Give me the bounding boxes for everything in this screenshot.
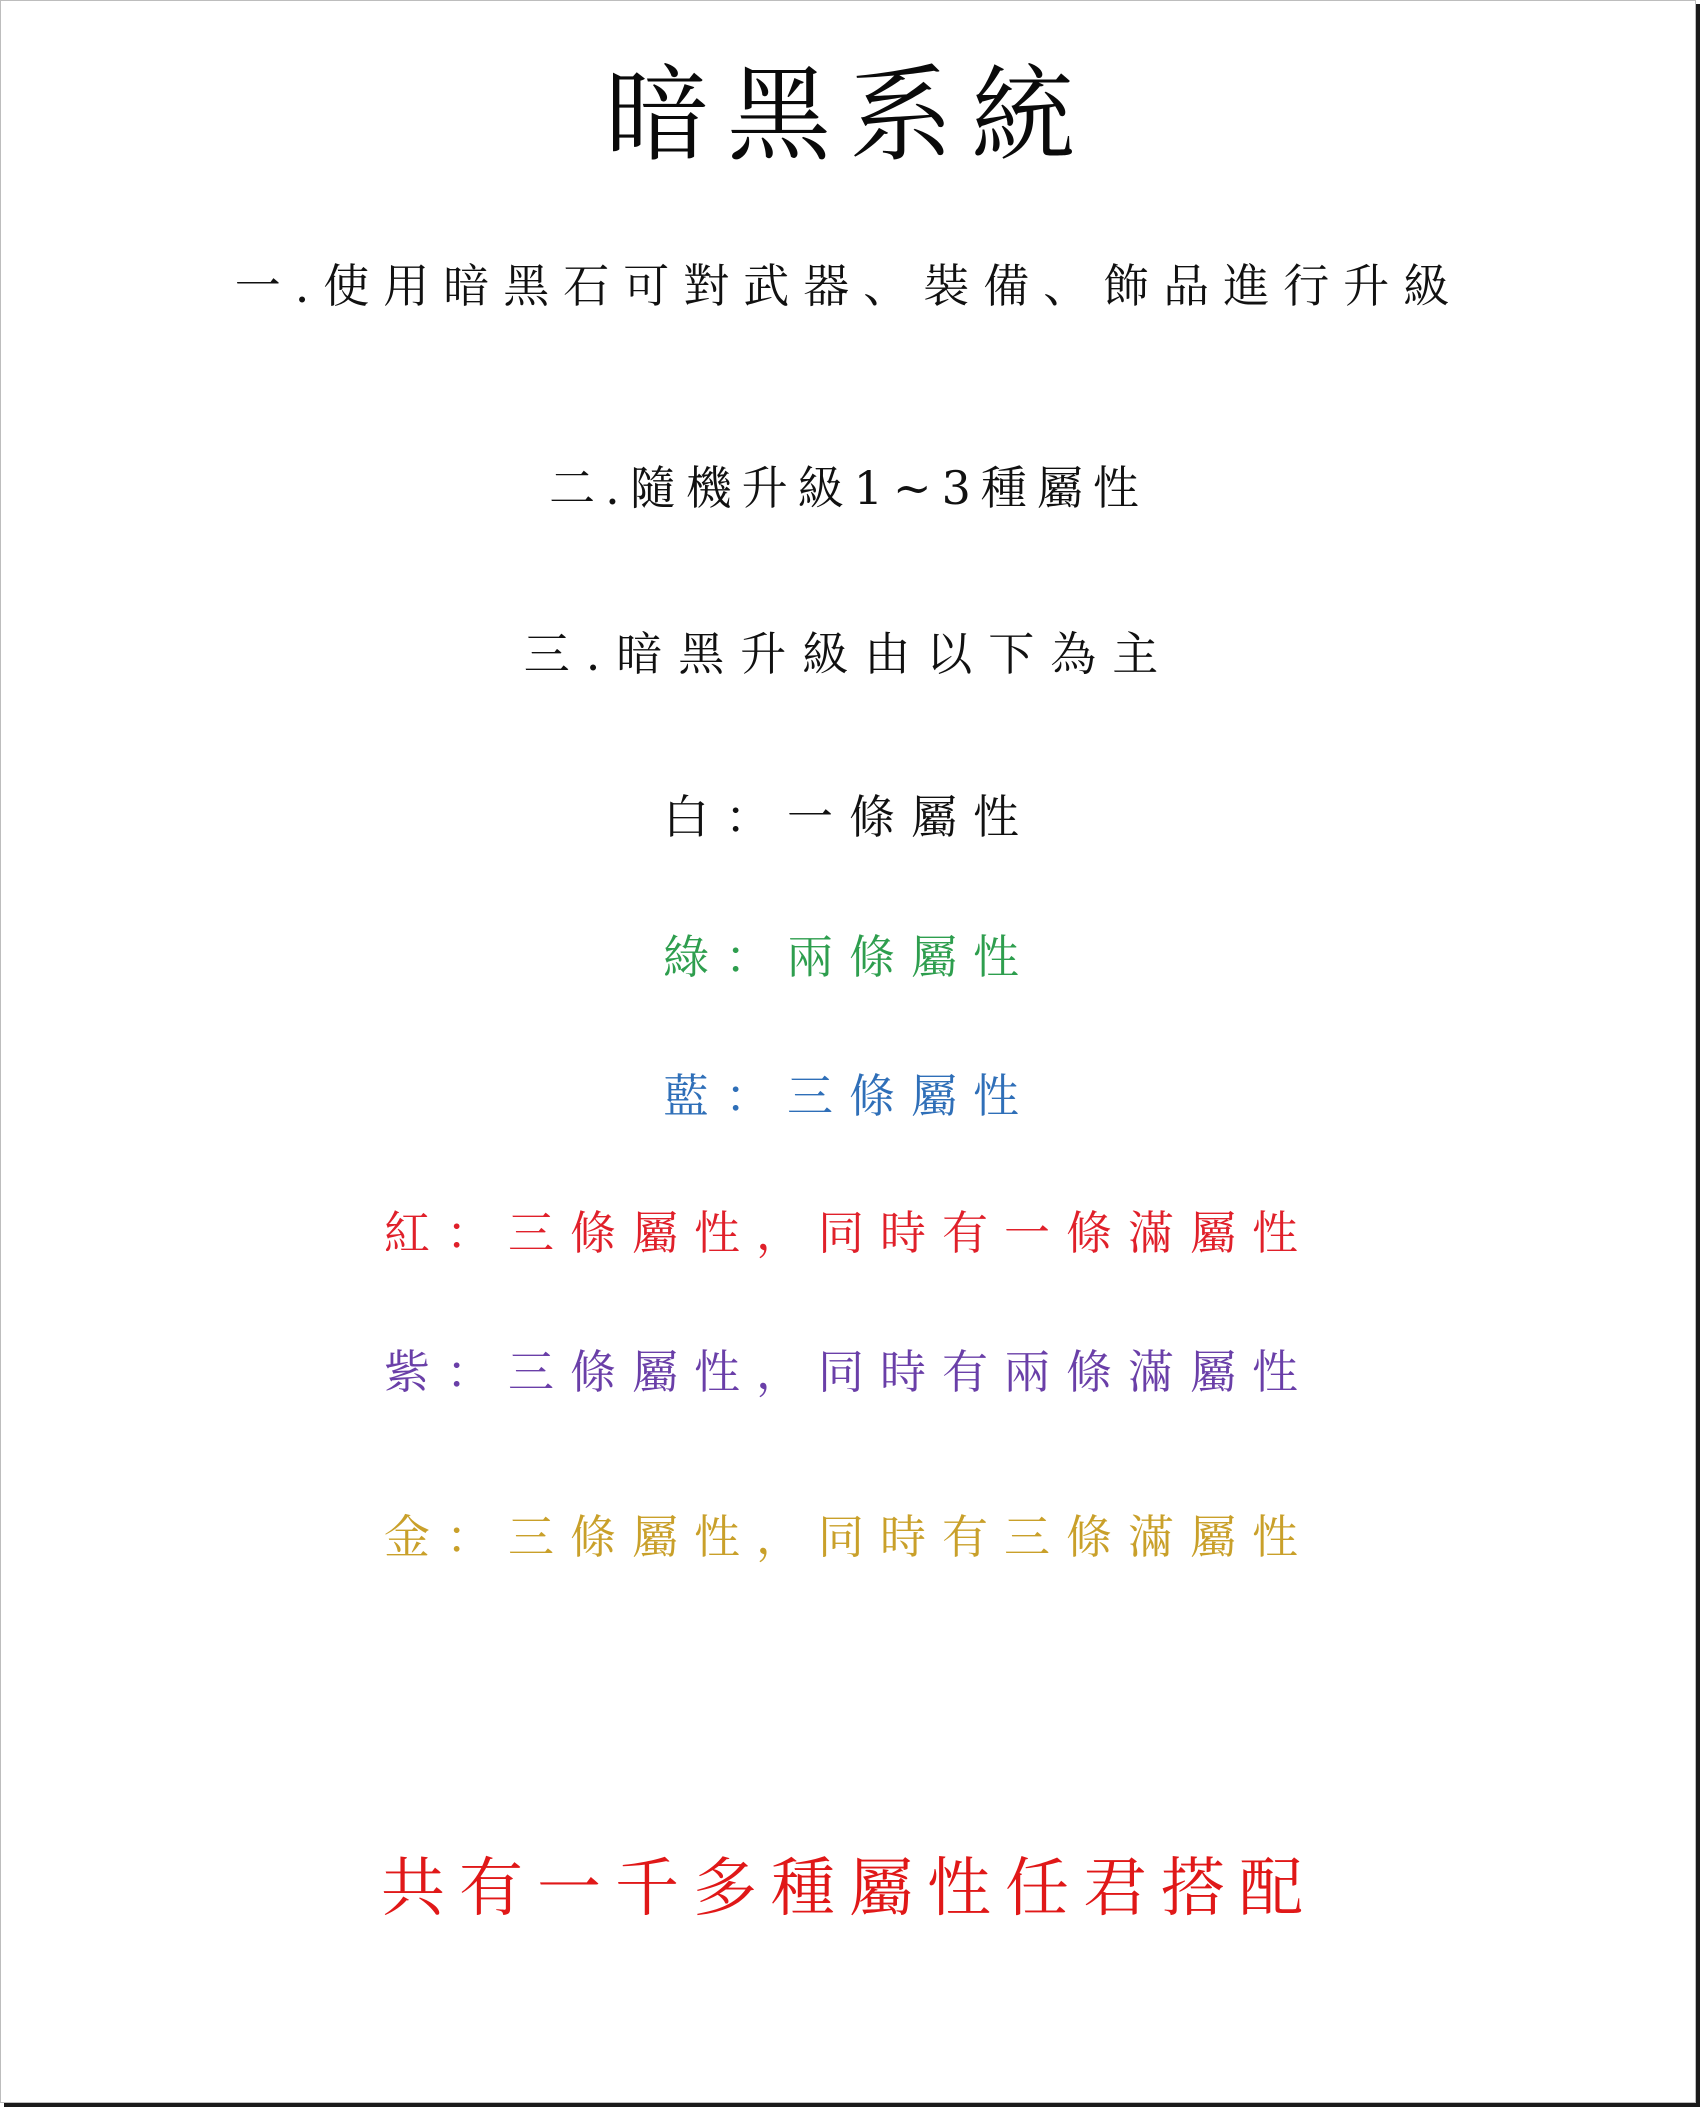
tier-red: 紅：三條屬性，同時有一條滿屬性 <box>1 1210 1697 1256</box>
tier-gold: 金：三條屬性，同時有三條滿屬性 <box>1 1514 1697 1560</box>
page-title: 暗黑系統 <box>1 63 1697 167</box>
tier-green: 綠：兩條屬性 <box>1 934 1697 980</box>
tier-white: 白：一條屬性 <box>1 794 1697 840</box>
rule-1-text: 一.使用暗黑石可對武器、裝備、飾品進行升級 <box>1 263 1697 309</box>
tier-purple: 紫：三條屬性，同時有兩條滿屬性 <box>1 1349 1697 1395</box>
summary-text: 共有一千多種屬性任君搭配 <box>1 1857 1697 1921</box>
tier-blue: 藍：三條屬性 <box>1 1073 1697 1119</box>
rule-3-text: 三.暗黑升級由以下為主 <box>1 631 1697 677</box>
document-frame: 暗黑系統 一.使用暗黑石可對武器、裝備、飾品進行升級 二.隨機升級1~3種屬性 … <box>0 0 1696 2103</box>
rule-2-text: 二.隨機升級1~3種屬性 <box>1 465 1697 511</box>
